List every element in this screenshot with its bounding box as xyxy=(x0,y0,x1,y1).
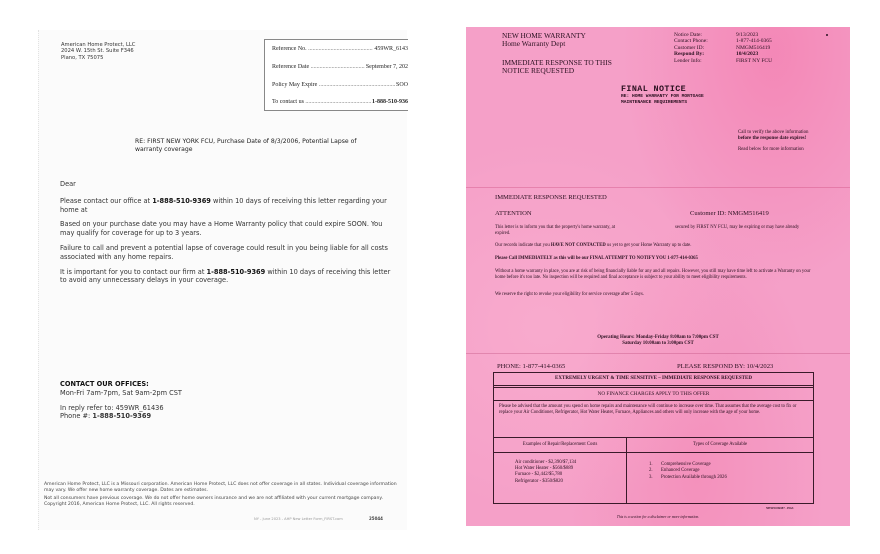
reference-number: 459WR_6143 xyxy=(373,46,408,52)
phone-number: 1-888-510-9369 xyxy=(152,197,211,205)
contact-block: CONTACT OUR OFFICES: Mon-Fri 7am-7pm, Sa… xyxy=(60,380,182,421)
contact-row: To contact us ..........................… xyxy=(272,99,408,105)
bottom-disclaimer: This is a section for a disclaimer or mo… xyxy=(466,515,850,519)
final-notice-subject: RE: HOME WARRANTY FOR MORTGAGE MAINTENAN… xyxy=(621,94,704,105)
paragraph-3: Failure to call and prevent a potential … xyxy=(60,244,395,262)
sender-address: American Home Protect, LLC 2024 W. 15th … xyxy=(61,42,135,61)
inform-paragraph: This letter is to inform you that the pr… xyxy=(495,225,815,236)
contact-heading: CONTACT OUR OFFICES: xyxy=(60,380,182,389)
letter-american-home-protect: American Home Protect, LLC 2024 W. 15th … xyxy=(38,30,407,530)
costs-header: Examples of Repair/Replacement Costs xyxy=(494,438,626,453)
phone-number: 1-888-510-9369 xyxy=(207,268,266,276)
reference-number-row: Reference No. ..........................… xyxy=(272,46,408,52)
coverage-list: 1.Comprehensive Coverage 2.Enhanced Cove… xyxy=(649,462,727,481)
sender-city: Plano, TX 75075 xyxy=(61,55,135,61)
footer-number: 25044 xyxy=(369,516,383,521)
advise-text: Please be advised that the amount you sp… xyxy=(494,400,813,438)
records-paragraph: Our records indicate that you HAVE NOT C… xyxy=(495,243,815,249)
policy-expire-row: Policy May Expire ......................… xyxy=(272,82,408,88)
disclaimer: American Home Protect, LLC is a Missouri… xyxy=(44,482,404,510)
fold-line xyxy=(466,353,850,354)
reference-box: Reference No. ..........................… xyxy=(264,39,408,111)
attention-heading: ATTENTION xyxy=(495,210,532,217)
lender-info: FIRST NY FCU xyxy=(736,58,772,64)
paragraph-2: Based on your purchase date you may have… xyxy=(60,220,395,238)
re-line: RE: FIRST NEW YORK FCU, Purchase Date of… xyxy=(135,138,385,155)
immediate-response-heading: IMMEDIATE RESPONSE REQUESTED xyxy=(495,194,607,201)
footer-code: NY - June 2023 - AHP New Letter Form_FIR… xyxy=(254,517,343,521)
letter-new-home-warranty: NEW HOME WARRANTY Home Warranty Dept IMM… xyxy=(466,27,850,526)
form-code: NHWD FRM7 - HG3 xyxy=(766,506,793,510)
reference-date: September 7, 202 xyxy=(365,64,408,70)
verify-note: Call to verify the above information bef… xyxy=(738,130,809,153)
without-warranty-paragraph: Without a home warranty in place, you ar… xyxy=(495,269,815,280)
office-hours: Mon-Fri 7am-7pm, Sat 9am-2pm CST xyxy=(60,389,182,398)
policy-expire-value: SOO xyxy=(395,82,408,88)
reference-date-row: Reference Date .........................… xyxy=(272,64,408,70)
call-immediately: Please Call IMMEDIATELY as this will be … xyxy=(495,256,815,262)
reserve-paragraph: We reserve the right to revoke your elig… xyxy=(495,292,815,298)
final-notice-title: FINAL NOTICE xyxy=(621,84,686,94)
immediate-response-header: IMMEDIATE RESPONSE TO THIS NOTICE REQUES… xyxy=(502,59,612,76)
paragraph-1: Please contact our office at 1-888-510-9… xyxy=(60,197,395,215)
coverage-header: Types of Coverage Available xyxy=(627,438,813,453)
read-below: Read below for more information xyxy=(738,147,809,153)
notice-info: Notice Date:9/13/2023 Contact Phone:1-87… xyxy=(674,32,772,64)
cost-item: Refrigerator - $350/$820 xyxy=(515,479,576,485)
company-header: NEW HOME WARRANTY Home Warranty Dept xyxy=(502,32,586,49)
phone-line: PHONE: 1-877-414-0365 xyxy=(497,363,565,370)
offer-table: EXTREMELY URGENT & TIME SENSITIVE – IMME… xyxy=(493,372,814,504)
sender-street: 2024 W. 15th St. Suite F346 xyxy=(61,48,135,54)
reply-reference: In reply refer to: 459WR_61436 xyxy=(60,404,182,413)
coverage-item: 3.Protection Available through 2026 xyxy=(649,475,727,481)
fold-line xyxy=(466,187,850,188)
urgent-banner: EXTREMELY URGENT & TIME SENSITIVE – IMME… xyxy=(494,373,813,386)
operating-hours: Operating Hours: Monday-Friday 8:00am to… xyxy=(466,335,850,347)
contact-phone: 1-888-510-936 xyxy=(371,99,408,105)
salutation: Dear xyxy=(60,180,395,189)
no-finance-banner: NO FINANCE CHARGES APPLY TO THIS OFFER xyxy=(494,387,813,401)
letter-body: Dear Please contact our office at 1-888-… xyxy=(60,180,395,291)
department-name: Home Warranty Dept xyxy=(502,40,586,48)
contact-phone-line: Phone #: 1-888-510-9369 xyxy=(60,412,182,421)
paragraph-4: It is important for you to contact our f… xyxy=(60,268,395,286)
mark-dot xyxy=(826,34,828,36)
customer-id-line: Customer ID: NMGM516419 xyxy=(690,210,769,217)
repair-costs-list: Air conditioner - $2,390/$7,134 Hot Wate… xyxy=(515,460,576,485)
respond-by-line: PLEASE RESPOND BY: 10/4/2023 xyxy=(677,363,773,370)
